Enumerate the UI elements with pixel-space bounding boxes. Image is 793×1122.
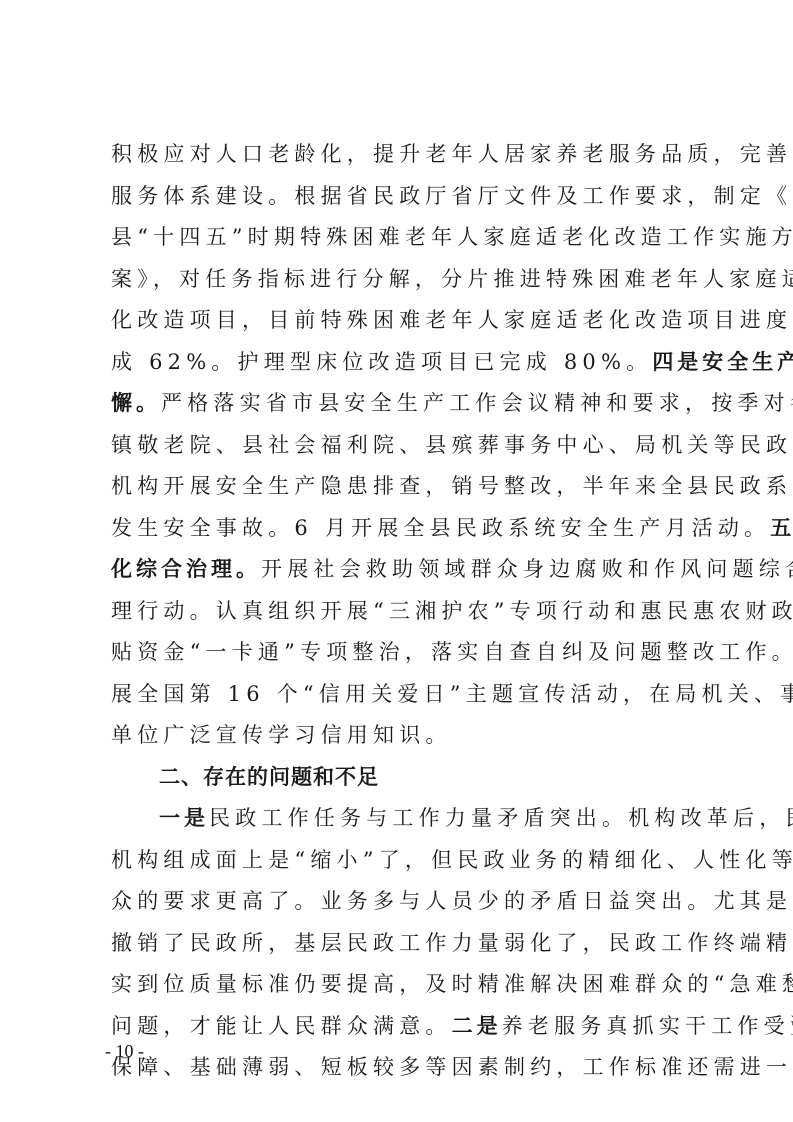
text-run: 单位广泛宣传学习信用知识。 xyxy=(111,723,452,747)
text-run: 机构开展安全生产隐患排查，销号整改，半年来全县民政系统未 xyxy=(111,474,793,498)
text-run: 化改造项目，目前特殊困难老年人家庭适老化改造项目进度已完 xyxy=(111,308,793,332)
text-line: 一是民政工作任务与工作力量矛盾突出。机构改革后，民政 xyxy=(111,798,693,840)
text-line: 保障、基础薄弱、短板较多等因素制约，工作标准还需进一步提 xyxy=(111,1047,693,1089)
text-line: 理行动。认真组织开展“三湘护农”专项行动和惠民惠农财政补 xyxy=(111,591,693,633)
text-line: 懈。严格落实省市县安全生产工作会议精神和要求，按季对各乡 xyxy=(111,383,693,425)
text-run: 贴资金“一卡通”专项整治，落实自查自纠及问题整改工作。开 xyxy=(111,640,793,664)
text-line: 展全国第 16 个“信用关爱日”主题宣传活动，在局机关、事业 xyxy=(111,674,693,716)
text-run: 二、存在的问题和不足 xyxy=(159,765,379,789)
bold-phrase: 二是 xyxy=(452,1014,502,1038)
bold-phrase: 懈。 xyxy=(111,391,161,415)
text-run: 理行动。认真组织开展“三湘护农”专项行动和惠民惠农财政补 xyxy=(111,599,793,623)
text-line: 镇敬老院、县社会福利院、县殡葬事务中心、局机关等民政服务 xyxy=(111,425,693,467)
text-line: 实到位质量标准仍要提高，及时精准解决困难群众的“急难愁盼” xyxy=(111,964,693,1006)
text-run: 成 62%。护理型床位改造项目已完成 80%。 xyxy=(111,350,652,374)
text-line: 撤销了民政所，基层民政工作力量弱化了，民政工作终端精准落 xyxy=(111,923,693,965)
text-line: 发生安全事故。6 月开展全县民政系统安全生产月活动。五是强 xyxy=(111,508,693,550)
page-number: - 10 - xyxy=(105,1041,144,1062)
text-line: 县“十四五”时期特殊困难老年人家庭适老化改造工作实施方 xyxy=(111,217,693,259)
text-run: 积极应对人口老龄化，提升老年人居家养老服务品质，完善养老 xyxy=(111,142,793,166)
text-line: 贴资金“一卡通”专项整治，落实自查自纠及问题整改工作。开 xyxy=(111,632,693,674)
text-run: 发生安全事故。6 月开展全县民政系统安全生产月活动。 xyxy=(111,516,770,540)
text-run: 展全国第 16 个“信用关爱日”主题宣传活动，在局机关、事业 xyxy=(111,682,793,706)
body-text: 积极应对人口老龄化，提升老年人居家养老服务品质，完善养老服务体系建设。根据省民政… xyxy=(111,134,693,1089)
text-line: 众的要求更高了。业务多与人员少的矛盾日益突出。尤其是乡镇 xyxy=(111,881,693,923)
document-page: 积极应对人口老龄化，提升老年人居家养老服务品质，完善养老服务体系建设。根据省民政… xyxy=(0,0,793,1122)
text-run: 案》，对任务指标进行分解，分片推进特殊困难老年人家庭适老 xyxy=(111,267,793,291)
text-line: 问题，才能让人民群众满意。二是养老服务真抓实干工作受资金 xyxy=(111,1006,693,1048)
text-line: 机构开展安全生产隐患排查，销号整改，半年来全县民政系统未 xyxy=(111,466,693,508)
bold-phrase: 一是 xyxy=(159,806,209,830)
text-run: 民政工作任务与工作力量矛盾突出。机构改革后，民政 xyxy=(209,806,793,830)
text-run: 养老服务真抓实干工作受资金 xyxy=(502,1014,793,1038)
text-run: 机构组成面上是“缩小”了，但民政业务的精细化、人性化等群 xyxy=(111,848,793,872)
bold-phrase: 化综合治理。 xyxy=(111,557,261,581)
text-line: 服务体系建设。根据省民政厅省厅文件及工作要求，制定《沅陵 xyxy=(111,176,693,218)
text-run: 众的要求更高了。业务多与人员少的矛盾日益突出。尤其是乡镇 xyxy=(111,889,793,913)
text-run: 撤销了民政所，基层民政工作力量弱化了，民政工作终端精准落 xyxy=(111,931,793,955)
text-line: 机构组成面上是“缩小”了，但民政业务的精细化、人性化等群 xyxy=(111,840,693,882)
text-run: 服务体系建设。根据省民政厅省厅文件及工作要求，制定《沅陵 xyxy=(111,184,793,208)
text-run: 开展社会救助领域群众身边腐败和作风问题综合治 xyxy=(261,557,793,581)
text-line: 单位广泛宣传学习信用知识。 xyxy=(111,715,693,757)
text-line: 成 62%。护理型床位改造项目已完成 80%。四是安全生产常抓不 xyxy=(111,342,693,384)
text-run: 严格落实省市县安全生产工作会议精神和要求，按季对各乡 xyxy=(161,391,793,415)
text-run: 县“十四五”时期特殊困难老年人家庭适老化改造工作实施方 xyxy=(111,225,793,249)
text-line: 积极应对人口老龄化，提升老年人居家养老服务品质，完善养老 xyxy=(111,134,693,176)
text-line: 化综合治理。开展社会救助领域群众身边腐败和作风问题综合治 xyxy=(111,549,693,591)
text-run: 实到位质量标准仍要提高，及时精准解决困难群众的“急难愁盼” xyxy=(111,972,793,996)
text-run: 保障、基础薄弱、短板较多等因素制约，工作标准还需进一步提 xyxy=(111,1055,793,1079)
text-run: 问题，才能让人民群众满意。 xyxy=(111,1014,452,1038)
section-heading: 二、存在的问题和不足 xyxy=(111,757,693,799)
text-run: 镇敬老院、县社会福利院、县殡葬事务中心、局机关等民政服务 xyxy=(111,433,793,457)
text-line: 案》，对任务指标进行分解，分片推进特殊困难老年人家庭适老 xyxy=(111,259,693,301)
bold-phrase: 四是安全生产常抓不 xyxy=(652,350,793,374)
bold-phrase: 五是强 xyxy=(770,516,793,540)
text-line: 化改造项目，目前特殊困难老年人家庭适老化改造项目进度已完 xyxy=(111,300,693,342)
